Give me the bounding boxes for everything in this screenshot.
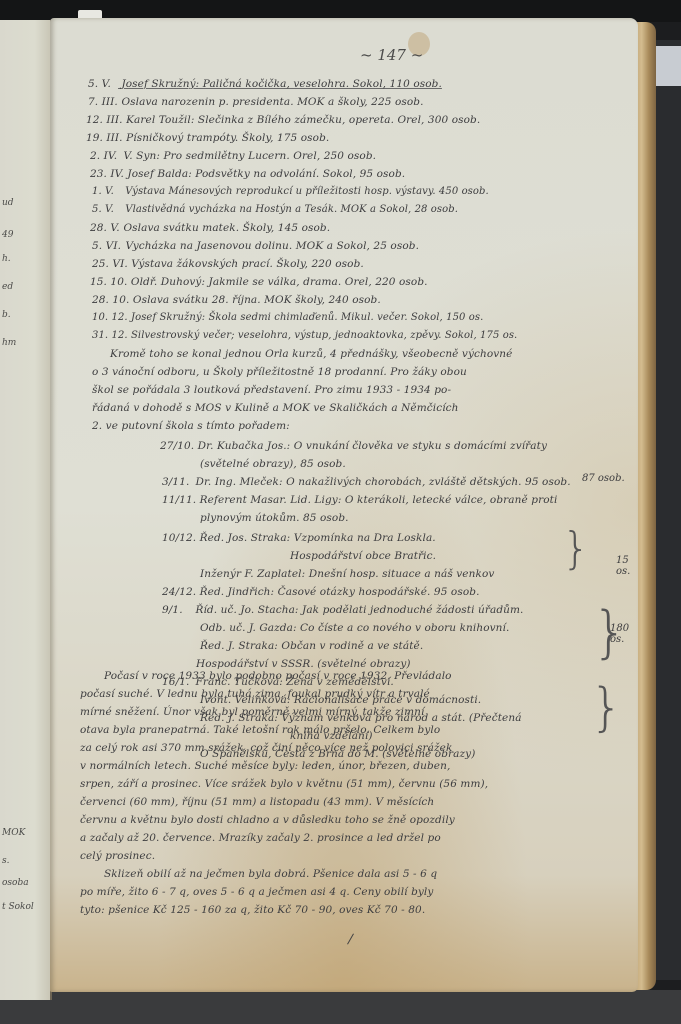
brace-total: 15 os. bbox=[616, 555, 638, 577]
lecture-entry: 27/10. Dr. Kubačka Jos.: O vnukání člově… bbox=[160, 440, 547, 452]
left-page-edge: ud 49 h. ed b. hm MOK s. osoba t Sokol bbox=[0, 20, 52, 1000]
lecture-entry: 24/12. Řed. Jindřich: Časové otázky hosp… bbox=[162, 586, 480, 598]
lecture-entry: 3/11. Dr. Ing. Mleček: O nakažlivých cho… bbox=[162, 476, 571, 488]
paragraph-line: celý prosinec. bbox=[80, 850, 155, 862]
background-right bbox=[653, 40, 681, 980]
event-entry: 5. V. Vlastivědná vycházka na Hostýn a T… bbox=[92, 204, 458, 215]
pen-mark bbox=[347, 934, 354, 945]
left-fragment: h. bbox=[2, 254, 11, 264]
paragraph-line: o 3 vánoční odboru, u Školy příležitostn… bbox=[92, 366, 467, 378]
lecture-entry: 11/11. Referent Masar. Lid. Ligy: O kter… bbox=[162, 494, 557, 506]
event-entry: 19. III. Písničkový trampóty. Školy, 175… bbox=[86, 132, 329, 144]
event-entry: 5. VI. Vycházka na Jasenovou dolinu. MOK… bbox=[92, 240, 419, 252]
paragraph-line: otava byla pranepatrná. Také letošní rok… bbox=[80, 724, 440, 736]
background-bottom bbox=[0, 990, 681, 1024]
lecture-entry: 9/1. Říd. uč. Jo. Stacha: Jak podělati j… bbox=[162, 604, 524, 616]
paragraph-line: v normálních letech. Suché měsíce byly: … bbox=[80, 760, 450, 772]
lecture-entry: Inženýr F. Zaplatel: Dnešní hosp. situac… bbox=[200, 568, 494, 580]
paragraph-line: červenci (60 mm), říjnu (51 mm) a listop… bbox=[80, 796, 434, 808]
left-fragment: osoba bbox=[2, 878, 29, 888]
event-entry: 5. V. Josef Skružný: Paličná kočička, ve… bbox=[88, 78, 442, 90]
paragraph-line: po míře, žito 6 - 7 q, oves 5 - 6 q a je… bbox=[80, 886, 433, 898]
paragraph-line: škol se pořádala 3 loutková představení.… bbox=[92, 384, 451, 396]
event-entry: 28. V. Oslava svátku matek. Školy, 145 o… bbox=[90, 222, 330, 234]
paragraph-line: počasí suché. V lednu byla tuhá zima, fo… bbox=[80, 688, 430, 700]
event-entry: 7. III. Oslava narozenin p. presidenta. … bbox=[88, 96, 424, 108]
brace-total: 87 osob. bbox=[582, 473, 625, 484]
paragraph-line: za celý rok asi 370 mm srážek, což činí … bbox=[80, 742, 452, 754]
brace-bracket: } bbox=[590, 678, 623, 738]
lecture-entry: Řed. J. Straka: Občan v rodině a ve stát… bbox=[200, 640, 423, 652]
event-entry: 25. VI. Výstava žákovských prací. Školy,… bbox=[92, 258, 364, 270]
paragraph-line: srpen, září a prosinec. Více srážek bylo… bbox=[80, 778, 488, 790]
lecture-entry: 10/12. Řed. Jos. Straka: Vzpomínka na Dr… bbox=[162, 532, 436, 544]
event-entry: 12. III. Karel Toužil: Slečinka z Bílého… bbox=[86, 114, 480, 126]
event-entry: 31. 12. Silvestrovský večer; veselohra, … bbox=[92, 330, 517, 341]
chronicle-page: ~ 147 ~ 5. V. Josef Skružný: Paličná koč… bbox=[50, 18, 638, 992]
paragraph-line: Počasí v roce 1933 bylo podobno počasí v… bbox=[104, 670, 452, 682]
paragraph-line: Kromě toho se konal jednou Orla kurzů, 4… bbox=[110, 348, 512, 360]
event-entry: 2. IV. V. Syn: Pro sedmilětny Lucern. Or… bbox=[90, 150, 376, 162]
paragraph-line: mírné sněžení. Únor však byl poměrně vel… bbox=[80, 706, 424, 718]
paragraph-line: červnu a květnu bylo dosti chladno a v d… bbox=[80, 814, 455, 826]
left-fragment: ed bbox=[2, 282, 13, 292]
event-entry: 10. 12. Josef Skružný: Škola sedmi chiml… bbox=[92, 312, 483, 323]
paragraph-line: řádaná v dohodě s MOS v Kulině a MOK ve … bbox=[92, 402, 459, 414]
brace-bracket: } bbox=[562, 523, 590, 574]
lecture-entry: Hospodářství v SSSR. (světelné obrazy) bbox=[196, 658, 411, 670]
page-number: ~ 147 ~ bbox=[360, 46, 423, 64]
lecture-entry: Hospodářství obce Bratřic. bbox=[290, 550, 436, 562]
left-fragment: b. bbox=[2, 310, 11, 320]
left-fragment: ud bbox=[2, 198, 14, 208]
event-entry: 23. IV. Josef Balda: Podsvětky na odvolá… bbox=[90, 168, 405, 180]
paragraph-line: tyto: pšenice Kč 125 - 160 za q, žito Kč… bbox=[80, 904, 425, 916]
paragraph-line: a začaly až 20. července. Mrazíky začaly… bbox=[80, 832, 441, 844]
left-fragment: t Sokol bbox=[2, 902, 34, 912]
event-entry: 28. 10. Oslava svátku 28. října. MOK ško… bbox=[92, 294, 381, 306]
left-fragment: hm bbox=[2, 338, 16, 348]
paragraph-line: 2. ve putovní škola s tímto pořadem: bbox=[92, 420, 290, 432]
lecture-entry: (světelné obrazy), 85 osob. bbox=[200, 458, 346, 470]
lecture-entry: Odb. uč. J. Gazda: Co číste a co nového … bbox=[200, 622, 509, 634]
light-strip bbox=[653, 46, 681, 86]
event-entry: 1. V. Výstava Mánesových reprodukcí u př… bbox=[92, 186, 489, 197]
left-fragment: 49 bbox=[2, 230, 13, 240]
lecture-entry: plynovým útokům. 85 osob. bbox=[200, 512, 349, 524]
left-fragment: MOK bbox=[2, 828, 25, 838]
brace-total: 180 os. bbox=[610, 623, 638, 645]
event-entry: 15. 10. Oldř. Duhový: Jakmile se válka, … bbox=[90, 276, 428, 288]
paragraph-line: Sklizeň obilí až na ječmen byla dobrá. P… bbox=[104, 868, 437, 880]
left-fragment: s. bbox=[2, 856, 9, 866]
